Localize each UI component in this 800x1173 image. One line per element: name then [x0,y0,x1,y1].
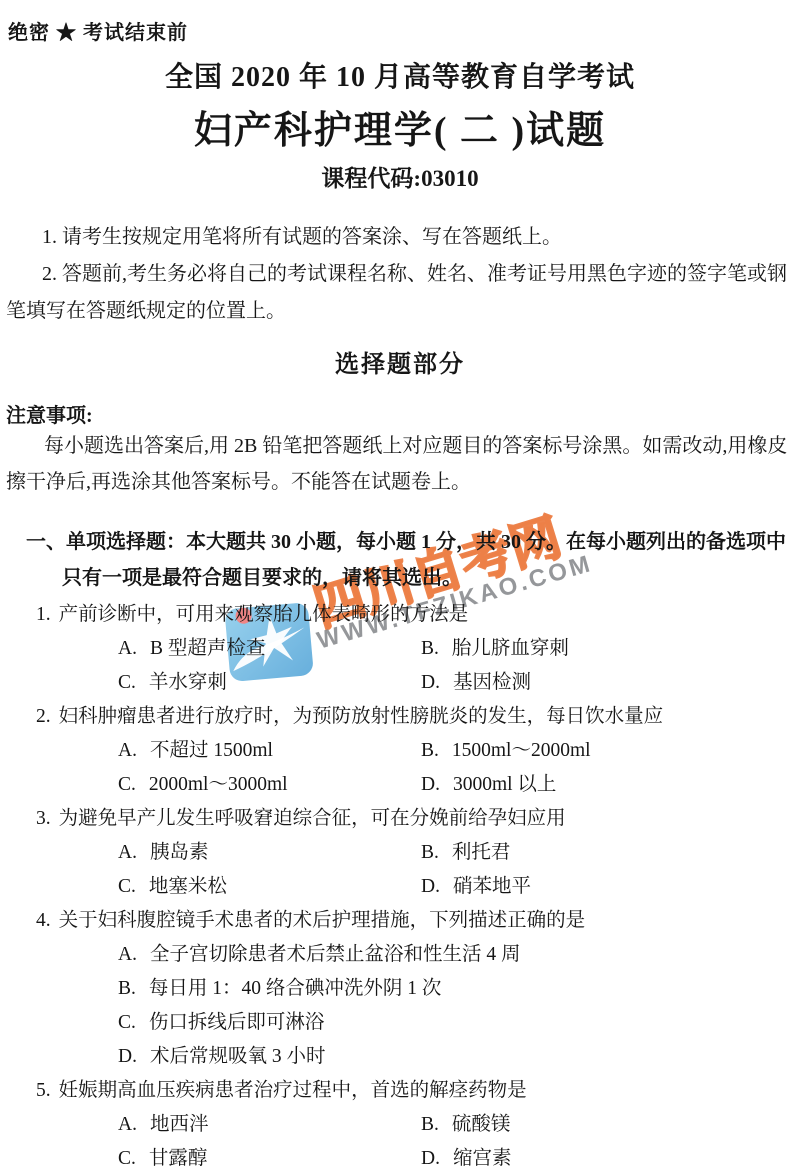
question-number: 2. [36,706,51,727]
question-text: 关于妇科腹腔镜手术患者的术后护理措施，下列描述正确的是 [59,910,586,931]
notes-body: 每小题选出答案后,用 2B 铅笔把答题纸上对应题目的答案标号涂黑。如需改动,用橡… [6,428,794,500]
question-number: 5. [36,1080,51,1101]
option-a: A.全子宫切除患者术后禁止盆浴和性生活 4 周 [118,938,794,972]
option-b: B.胎儿脐血穿刺 [421,632,794,666]
options: A.全子宫切除患者术后禁止盆浴和性生活 4 周 B.每日用 1：40 络合碘冲洗… [118,938,794,1074]
question-stem: 5.妊娠期高血压疾病患者治疗过程中，首选的解痉药物是 [6,1074,794,1108]
options: A.B 型超声检查 B.胎儿脐血穿刺 C.羊水穿刺 D.基因检测 [118,632,794,700]
course-code: 课程代码:03010 [6,160,794,193]
exam-paper-page: 四川自考网 WWW.TFZIKAO.COM 绝密 ★ 考试结束前 全国 2020… [0,0,800,1173]
option-b: B.1500ml～2000ml [421,734,794,768]
option-d: D.3000ml 以上 [421,768,794,802]
questions-list: 1.产前诊断中，可用来观察胎儿体表畸形的方法是 A.B 型超声检查 B.胎儿脐血… [6,598,794,1173]
question-5: 5.妊娠期高血压疾病患者治疗过程中，首选的解痉药物是 A.地西泮 B.硫酸镁 C… [6,1074,794,1173]
option-c: C.2000ml～3000ml [118,768,421,802]
question-text: 产前诊断中，可用来观察胎儿体表畸形的方法是 [59,604,469,625]
option-d: D.术后常规吸氧 3 小时 [118,1040,794,1074]
options: A.不超过 1500ml B.1500ml～2000ml C.2000ml～30… [118,734,794,802]
question-number: 1. [36,604,51,625]
question-text: 妇科肿瘤患者进行放疗时，为预防放射性膀胱炎的发生，每日饮水量应 [59,706,664,727]
option-c: C.甘露醇 [118,1142,421,1173]
options: A.胰岛素 B.利托君 C.地塞米松 D.硝苯地平 [118,836,794,904]
section-title: 选择题部分 [6,344,794,379]
option-d: D.硝苯地平 [421,870,794,904]
secrecy-label: 绝密 ★ 考试结束前 [8,16,794,45]
general-instructions: 1. 请考生按规定用笔将所有试题的答案涂、写在答题纸上。 2. 答题前,考生务必… [6,219,794,330]
question-stem: 4.关于妇科腹腔镜手术患者的术后护理措施，下列描述正确的是 [6,904,794,938]
option-b: B.利托君 [421,836,794,870]
question-stem: 2.妇科肿瘤患者进行放疗时，为预防放射性膀胱炎的发生，每日饮水量应 [6,700,794,734]
question-stem: 3.为避免早产儿发生呼吸窘迫综合征，可在分娩前给孕妇应用 [6,802,794,836]
question-number: 3. [36,808,51,829]
document-content: 绝密 ★ 考试结束前 全国 2020 年 10 月高等教育自学考试 妇产科护理学… [0,0,800,1173]
part-one-header: 一、单项选择题：本大题共 30 小题，每小题 1 分，共 30 分。在每小题列出… [6,524,794,596]
option-d: D.缩宫素 [421,1142,794,1173]
question-text: 为避免早产儿发生呼吸窘迫综合征，可在分娩前给孕妇应用 [59,808,566,829]
option-a: A.胰岛素 [118,836,421,870]
option-d: D.基因检测 [421,666,794,700]
options: A.地西泮 B.硫酸镁 C.甘露醇 D.缩宫素 [118,1108,794,1173]
option-c: C.地塞米松 [118,870,421,904]
instruction-item-1: 1. 请考生按规定用笔将所有试题的答案涂、写在答题纸上。 [6,219,794,256]
notes-label: 注意事项: [6,399,794,428]
option-c: C.伤口拆线后即可淋浴 [118,1006,794,1040]
option-b: B.每日用 1：40 络合碘冲洗外阴 1 次 [118,972,794,1006]
question-text: 妊娠期高血压疾病患者治疗过程中，首选的解痉药物是 [59,1080,527,1101]
exam-title-line2: 妇产科护理学( 二 )试题 [6,99,794,154]
instruction-item-2: 2. 答题前,考生务必将自己的考试课程名称、姓名、准考证号用黑色字迹的签字笔或钢… [6,256,794,330]
option-a: A.地西泮 [118,1108,421,1142]
question-3: 3.为避免早产儿发生呼吸窘迫综合征，可在分娩前给孕妇应用 A.胰岛素 B.利托君… [6,802,794,904]
option-c: C.羊水穿刺 [118,666,421,700]
question-number: 4. [36,910,51,931]
option-a: A.B 型超声检查 [118,632,421,666]
option-b: B.硫酸镁 [421,1108,794,1142]
question-1: 1.产前诊断中，可用来观察胎儿体表畸形的方法是 A.B 型超声检查 B.胎儿脐血… [6,598,794,700]
option-a: A.不超过 1500ml [118,734,421,768]
question-stem: 1.产前诊断中，可用来观察胎儿体表畸形的方法是 [6,598,794,632]
exam-title-line1: 全国 2020 年 10 月高等教育自学考试 [6,55,794,95]
question-4: 4.关于妇科腹腔镜手术患者的术后护理措施，下列描述正确的是 A.全子宫切除患者术… [6,904,794,1074]
question-2: 2.妇科肿瘤患者进行放疗时，为预防放射性膀胱炎的发生，每日饮水量应 A.不超过 … [6,700,794,802]
